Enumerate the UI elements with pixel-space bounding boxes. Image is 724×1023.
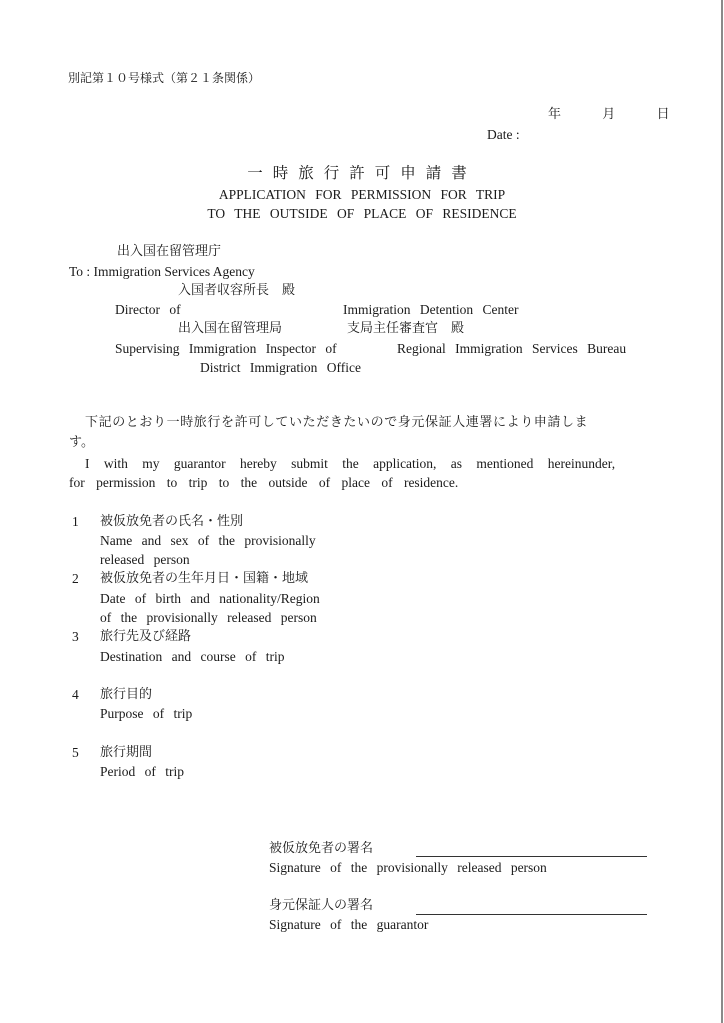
- item-2-jp: 被仮放免者の生年月日・国籍・地域: [100, 572, 308, 585]
- inspector-english-line2: District Immigration Office: [200, 361, 361, 375]
- director-japanese: 入国者収容所長 殿: [178, 284, 295, 297]
- signature-guarantor-jp: 身元保証人の署名: [269, 899, 373, 912]
- signature-guarantor-line[interactable]: [416, 914, 647, 915]
- title-english-line1: APPLICATION FOR PERMISSION FOR TRIP: [0, 188, 724, 202]
- item-1-en-line1: Name and sex of the provisionally: [100, 534, 316, 548]
- item-3-number: 3: [72, 630, 79, 644]
- inspector-japanese: 支局主任審査官 殿: [347, 322, 464, 335]
- month-label: 月: [602, 108, 615, 121]
- item-4-number: 4: [72, 688, 79, 702]
- item-2-number: 2: [72, 572, 79, 586]
- inspector-english-b: Regional Immigration Services Bureau: [397, 342, 626, 356]
- item-3-en-line1: Destination and course of trip: [100, 650, 284, 664]
- item-1-jp: 被仮放免者の氏名・性別: [100, 515, 243, 528]
- director-english-suffix: Immigration Detention Center: [343, 303, 518, 317]
- to-agency-english: To : Immigration Services Agency: [69, 265, 255, 279]
- item-4-en-line1: Purpose of trip: [100, 707, 192, 721]
- year-label: 年: [548, 108, 561, 121]
- item-5-en-line1: Period of trip: [100, 765, 184, 779]
- item-2-en-line2: of the provisionally released person: [100, 611, 317, 625]
- item-1-number: 1: [72, 515, 79, 529]
- statement-jp-line2: す。: [69, 436, 94, 449]
- page-edge-border: [721, 0, 723, 1023]
- day-label: 日: [657, 108, 670, 121]
- form-number: 別記第１０号様式（第２１条関係）: [68, 72, 260, 84]
- statement-en-line1: I with my guarantor hereby submit the ap…: [85, 457, 615, 471]
- statement-jp-line1: 下記のとおり一時旅行を許可していただきたいので身元保証人連署により申請しま: [85, 416, 588, 429]
- item-2-en-line1: Date of birth and nationality/Region: [100, 592, 320, 606]
- signature-guarantor-en: Signature of the guarantor: [269, 918, 428, 932]
- agency-japanese: 出入国在留管理庁: [117, 245, 221, 258]
- date-label: Date :: [487, 128, 520, 142]
- signature-released-person-en: Signature of the provisionally released …: [269, 861, 547, 875]
- signature-released-person-line[interactable]: [416, 856, 647, 857]
- bureau-japanese: 出入国在留管理局: [178, 322, 282, 335]
- signature-released-person-jp: 被仮放免者の署名: [269, 842, 373, 855]
- item-1-en-line2: released person: [100, 553, 190, 567]
- title-english-line2: TO THE OUTSIDE OF PLACE OF RESIDENCE: [0, 207, 724, 221]
- item-4-jp: 旅行目的: [100, 688, 152, 701]
- director-english-prefix: Director of: [115, 303, 181, 317]
- title-japanese: 一時旅行許可申請書: [0, 166, 724, 182]
- statement-en-line2: for permission to trip to the outside of…: [69, 476, 458, 490]
- item-3-jp: 旅行先及び経路: [100, 630, 191, 643]
- inspector-english-a: Supervising Immigration Inspector of: [115, 342, 337, 356]
- date-fields: 年 月 日: [548, 108, 670, 121]
- item-5-jp: 旅行期間: [100, 746, 152, 759]
- item-5-number: 5: [72, 746, 79, 760]
